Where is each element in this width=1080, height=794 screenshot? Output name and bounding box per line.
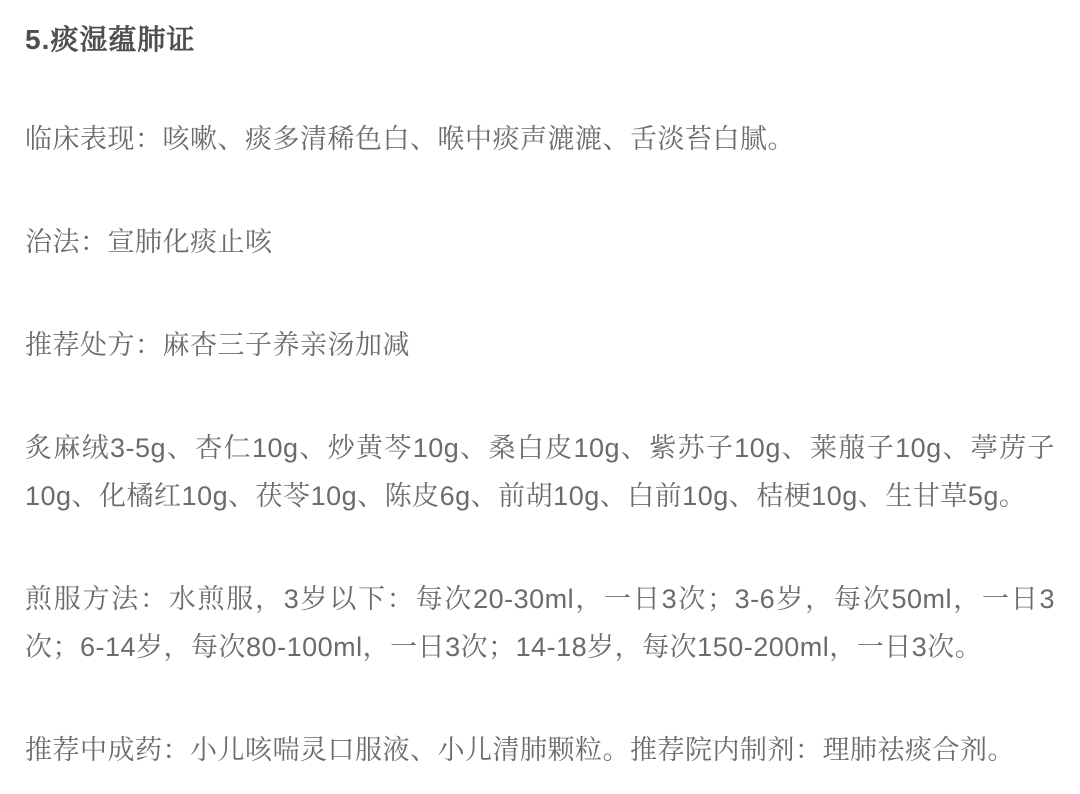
- treatment-method-paragraph: 治法：宣肺化痰止咳: [25, 218, 1055, 266]
- recommended-prescription-paragraph: 推荐处方：麻杏三子养亲汤加减: [25, 321, 1055, 369]
- herb-dosage-paragraph: 炙麻绒3-5g、杏仁10g、炒黄芩10g、桑白皮10g、紫苏子10g、莱菔子10…: [25, 424, 1055, 520]
- tcm-document-page: 5.痰湿蕴肺证 临床表现：咳嗽、痰多清稀色白、喉中痰声漉漉、舌淡苔白腻。 治法：…: [0, 0, 1080, 794]
- clinical-manifestations-paragraph: 临床表现：咳嗽、痰多清稀色白、喉中痰声漉漉、舌淡苔白腻。: [25, 115, 1055, 163]
- recommended-medicines-paragraph: 推荐中成药：小儿咳喘灵口服液、小儿清肺颗粒。推荐院内制剂：理肺祛痰合剂。: [25, 726, 1055, 774]
- decoction-method-paragraph: 煎服方法：水煎服，3岁以下：每次20-30ml，一日3次；3-6岁，每次50ml…: [25, 575, 1055, 671]
- section-title: 5.痰湿蕴肺证: [25, 20, 1055, 60]
